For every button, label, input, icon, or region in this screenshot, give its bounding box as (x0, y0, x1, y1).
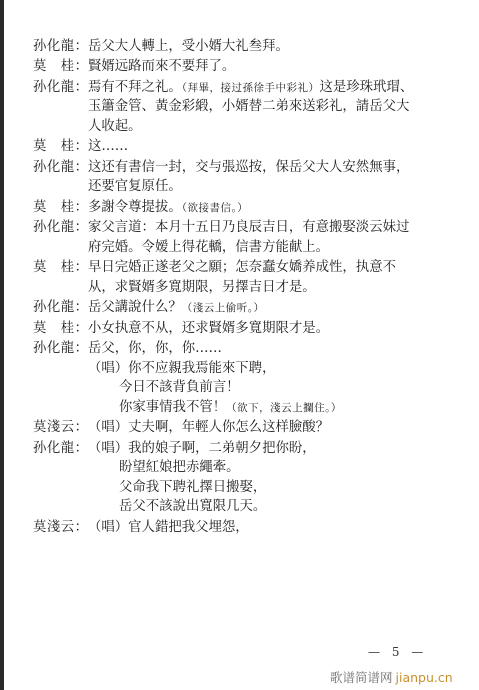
stage-direction: （淺云上偷听。） (182, 302, 265, 314)
speech-line: 府完婚。令嫒上得花轎，信書方能献上。 (88, 239, 453, 257)
speech-text: 今日不該背負前言！ (119, 380, 240, 395)
watermark: 歌谱简谱网jianpu.cn (330, 668, 453, 686)
speech-text: 家父言道：本月十五日乃良辰吉日，有意搬娶淡云妹过 (88, 220, 409, 235)
speech-line: 岳父不該說出寬限几天。 (88, 498, 453, 516)
dialogue-entry: 孙化龍：岳父大人轉上，受小婿大礼叁拜。 (33, 38, 453, 57)
speech-line: 从，求賢婿多寬期限，另擇吉日才是。 (88, 279, 453, 297)
dialogue-entry: 孙化龍：岳父講說什么？（淺云上偷听。） (33, 299, 453, 318)
speech-line: 还要官复原任。 (88, 178, 453, 196)
dialogue-entry: 孙化龍：这还有書信一封，交与張巡按，保岳父大人安然無事，还要官复原任。 (33, 159, 453, 198)
speaker-name: 莫 桂： (33, 320, 88, 338)
speaker-name: 莫淺云： (33, 519, 88, 537)
speech-lines: 賢婿远路而來不要拜了。 (88, 58, 453, 77)
speech-text: 人收起。 (88, 119, 142, 134)
speech-text: 玉簫金管、黃金彩緞，小婿替二弟來送彩礼，請岳父大 (88, 99, 409, 114)
dialogue-entry: 莫 桂：小女执意不从，还求賢婿多寬期限才是。 (33, 320, 453, 339)
speech-lines: 这还有書信一封，交与張巡按，保岳父大人安然無事，还要官复原任。 (88, 159, 453, 198)
speaker-name: 孙化龍： (33, 38, 88, 56)
speech-text: 岳父講說什么？ (88, 300, 182, 315)
dialogue-entry: 莫 桂：这…… (33, 138, 453, 157)
speech-text: 岳父不該說出寬限几天。 (119, 499, 266, 514)
speech-lines: 早日完婚正遂老父之願；怎奈蠢女嬌养成性，执意不从，求賢婿多寬期限，另擇吉日才是。 (88, 259, 453, 298)
speech-lines: 岳父大人轉上，受小婿大礼叁拜。 (88, 38, 453, 57)
speech-text: 盼望紅娘把赤繩牽。 (119, 460, 240, 475)
speech-text: 父命我下聘礼擇日搬娶， (119, 480, 266, 495)
speaker-name: 孙化龍： (33, 299, 88, 317)
speech-line: 賢婿远路而來不要拜了。 (88, 58, 453, 76)
speech-lines: （唱）官人錯把我父埋怨， (88, 519, 453, 538)
speech-line: （唱）我的娘子啊，二弟朝夕把你盼， (88, 440, 453, 458)
speech-lines: （唱）我的娘子啊，二弟朝夕把你盼，盼望紅娘把赤繩牽。父命我下聘礼擇日搬娶，岳父不… (88, 440, 453, 518)
speech-line: 早日完婚正遂老父之願；怎奈蠢女嬌养成性，执意不 (88, 259, 453, 277)
dialogue-entry: 孙化龍：岳父，你，你，你……（唱）你不应親我焉能來下聘，今日不該背負前言！你家事… (33, 340, 453, 418)
stage-direction: （拜畢，接过孫徐手中彩礼） (182, 82, 320, 94)
speech-text: 府完婚。令嫒上得花轎，信書方能献上。 (88, 240, 329, 255)
speech-text: 从，求賢婿多寬期限，另擇吉日才是。 (88, 280, 316, 295)
speech-line: （唱）丈夫啊，年輕人你怎么这样臉酸？ (88, 419, 453, 437)
speech-text: （唱）你不应親我焉能來下聘， (88, 361, 275, 376)
page-number: — 5 — (368, 645, 427, 659)
speech-lines: 家父言道：本月十五日乃良辰吉日，有意搬娶淡云妹过府完婚。令嫒上得花轎，信書方能献… (88, 219, 453, 258)
speech-line: （唱）你不应親我焉能來下聘， (88, 360, 453, 378)
speech-line: 岳父，你，你，你…… (88, 340, 453, 358)
speech-line: 父命我下聘礼擇日搬娶， (88, 479, 453, 497)
dialogue-entry: 莫淺云：（唱）丈夫啊，年輕人你怎么这样臉酸？ (33, 419, 453, 438)
speaker-name: 莫淺云： (33, 419, 88, 437)
dialogue-list: 孙化龍：岳父大人轉上，受小婿大礼叁拜。莫 桂：賢婿远路而來不要拜了。孙化龍：焉有… (33, 38, 453, 538)
speech-line: 这…… (88, 138, 453, 156)
speech-lines: 岳父講說什么？（淺云上偷听。） (88, 299, 453, 318)
speech-line: 玉簫金管、黃金彩緞，小婿替二弟來送彩礼，請岳父大 (88, 98, 453, 116)
speech-line: 你家事情我不管！（欲下，淺云上攔住。） (88, 399, 453, 417)
speaker-name: 孙化龍： (33, 440, 88, 458)
speech-line: 盼望紅娘把赤繩牽。 (88, 459, 453, 477)
speech-line: 岳父講說什么？（淺云上偷听。） (88, 299, 453, 317)
speech-text: 焉有不拜之礼。 (88, 80, 182, 95)
speech-line: 这还有書信一封，交与張巡按，保岳父大人安然無事， (88, 159, 453, 177)
speech-text: 賢婿远路而來不要拜了。 (88, 59, 235, 74)
speech-text: 这还有書信一封，交与張巡按，保岳父大人安然無事， (88, 160, 409, 175)
speech-text: 这…… (88, 139, 128, 154)
speech-lines: 多謝令尊提拔。（欲接書信。） (88, 199, 453, 218)
speech-lines: 焉有不拜之礼。（拜畢，接过孫徐手中彩礼）这是珍珠玳瑁、玉簫金管、黃金彩緞，小婿替… (88, 79, 453, 137)
speaker-name: 莫 桂： (33, 199, 88, 217)
dialogue-entry: 孙化龍：（唱）我的娘子啊，二弟朝夕把你盼，盼望紅娘把赤繩牽。父命我下聘礼擇日搬娶… (33, 440, 453, 518)
dialogue-entry: 莫 桂：賢婿远路而來不要拜了。 (33, 58, 453, 77)
dialogue-entry: 莫 桂：多謝令尊提拔。（欲接書信。） (33, 199, 453, 218)
dialogue-entry: 孙化龍：焉有不拜之礼。（拜畢，接过孫徐手中彩礼）这是珍珠玳瑁、玉簫金管、黃金彩緞… (33, 79, 453, 137)
speech-text: （唱）丈夫啊，年輕人你怎么这样臉酸？ (88, 420, 329, 435)
speaker-name: 孙化龍： (33, 340, 88, 358)
speech-text: （唱）我的娘子啊，二弟朝夕把你盼， (88, 441, 316, 456)
speech-line: 今日不該背負前言！ (88, 379, 453, 397)
dialogue-entry: 孙化龍：家父言道：本月十五日乃良辰吉日，有意搬娶淡云妹过府完婚。令嫒上得花轎，信… (33, 219, 453, 258)
speech-text: 多謝令尊提拔。 (88, 200, 182, 215)
stage-direction: （欲接書信。） (182, 202, 249, 214)
speech-line: 多謝令尊提拔。（欲接書信。） (88, 199, 453, 217)
speech-text-continued: 这是珍珠玳瑁、 (319, 80, 413, 95)
speech-lines: （唱）丈夫啊，年輕人你怎么这样臉酸？ (88, 419, 453, 438)
speech-line: 焉有不拜之礼。（拜畢，接过孫徐手中彩礼）这是珍珠玳瑁、 (88, 79, 453, 97)
speech-lines: 岳父，你，你，你……（唱）你不应親我焉能來下聘，今日不該背負前言！你家事情我不管… (88, 340, 453, 418)
speech-line: （唱）官人錯把我父埋怨， (88, 519, 453, 537)
dialogue-entry: 莫 桂：早日完婚正遂老父之願；怎奈蠢女嬌养成性，执意不从，求賢婿多寬期限，另擇吉… (33, 259, 453, 298)
dialogue-entry: 莫淺云：（唱）官人錯把我父埋怨， (33, 519, 453, 538)
speech-line: 岳父大人轉上，受小婿大礼叁拜。 (88, 38, 453, 56)
speech-line: 人收起。 (88, 118, 453, 136)
speech-text: 早日完婚正遂老父之願；怎奈蠢女嬌养成性，执意不 (88, 260, 396, 275)
speaker-name: 莫 桂： (33, 138, 88, 156)
speech-lines: 小女执意不从，还求賢婿多寬期限才是。 (88, 320, 453, 339)
speech-line: 小女执意不从，还求賢婿多寬期限才是。 (88, 320, 453, 338)
speech-text: 你家事情我不管！ (119, 400, 226, 415)
speaker-name: 孙化龍： (33, 219, 88, 237)
speaker-name: 莫 桂： (33, 58, 88, 76)
speech-line: 家父言道：本月十五日乃良辰吉日，有意搬娶淡云妹过 (88, 219, 453, 237)
speech-text: 岳父大人轉上，受小婿大礼叁拜。 (88, 39, 289, 54)
speech-text: （唱）官人錯把我父埋怨， (88, 520, 249, 535)
watermark-text: 歌谱简谱网 (330, 670, 393, 685)
speech-text: 还要官复原任。 (88, 179, 182, 194)
speech-lines: 这…… (88, 138, 453, 157)
page-edge-border (0, 0, 4, 690)
watermark-brand: jianpu.cn (396, 670, 453, 685)
speaker-name: 孙化龍： (33, 79, 88, 97)
speaker-name: 孙化龍： (33, 159, 88, 177)
speech-text: 岳父，你，你，你…… (88, 341, 222, 356)
speaker-name: 莫 桂： (33, 259, 88, 277)
stage-direction: （欲下，淺云上攔住。） (226, 402, 342, 414)
speech-text: 小女执意不从，还求賢婿多寬期限才是。 (88, 321, 329, 336)
script-page: 孙化龍：岳父大人轉上，受小婿大礼叁拜。莫 桂：賢婿远路而來不要拜了。孙化龍：焉有… (33, 38, 453, 538)
